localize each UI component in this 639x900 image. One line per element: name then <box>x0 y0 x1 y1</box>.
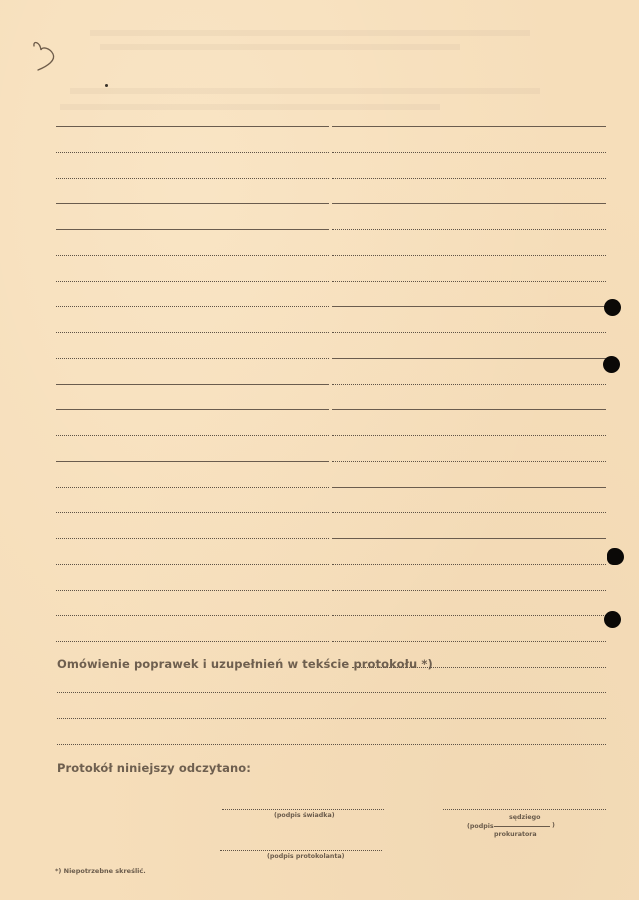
ruled-line-left <box>56 126 329 127</box>
ruled-line-right <box>332 564 606 565</box>
ruled-line-right <box>332 229 606 230</box>
recorder-signature-line[interactable] <box>220 850 382 851</box>
ruled-line-right <box>332 281 606 282</box>
corrections-label: Omówienie poprawek i uzupełnień w tekści… <box>57 657 433 671</box>
ruled-line-left <box>56 332 329 333</box>
corrections-input-line[interactable] <box>57 744 606 745</box>
judge-prosecutor-caption-suffix: ) <box>552 822 555 829</box>
witness-signature-caption: (podpis świadka) <box>274 812 335 819</box>
ruled-line-left <box>56 538 329 539</box>
ink-speck <box>105 84 108 87</box>
ruled-line-right <box>332 126 606 127</box>
punch-hole <box>603 356 620 373</box>
bleed-through-text <box>90 30 530 36</box>
corrections-input-line[interactable] <box>57 692 606 693</box>
ruled-line-right <box>332 641 606 642</box>
ruled-line-left <box>56 178 329 179</box>
judge-option: sędziego <box>509 814 540 821</box>
ruled-line-left <box>56 306 329 307</box>
ruled-line-left <box>56 203 329 204</box>
handwritten-page-number <box>30 40 58 74</box>
ruled-line-right <box>332 178 606 179</box>
ruled-line-left <box>56 512 329 513</box>
corrections-input-line[interactable] <box>352 667 606 668</box>
ruled-line-right <box>332 384 606 385</box>
punch-hole <box>607 548 624 565</box>
ruled-line-left <box>56 615 329 616</box>
ruled-line-left <box>56 152 329 153</box>
ruled-line-right <box>332 255 606 256</box>
prosecutor-option: prokuratora <box>494 831 537 838</box>
ruled-line-left <box>56 590 329 591</box>
punch-hole <box>604 299 621 316</box>
read-statement: Protokół niniejszy odczytano: <box>57 761 251 775</box>
document-page: Omówienie poprawek i uzupełnień w tekści… <box>0 0 639 900</box>
ruled-line-right <box>332 332 606 333</box>
witness-signature-line[interactable] <box>222 809 384 810</box>
option-separator <box>494 826 550 827</box>
ruled-line-right <box>332 306 606 307</box>
ruled-line-right <box>332 512 606 513</box>
ruled-line-left <box>56 564 329 565</box>
footnote: *) Niepotrzebne skreślić. <box>55 867 146 875</box>
ruled-line-left <box>56 384 329 385</box>
ruled-line-left <box>56 461 329 462</box>
ruled-line-left <box>56 435 329 436</box>
bleed-through-text <box>60 104 440 110</box>
bleed-through-text <box>70 88 540 94</box>
ruled-line-right <box>332 615 606 616</box>
bleed-through-text <box>100 44 460 50</box>
ruled-line-left <box>56 229 329 230</box>
corrections-input-line[interactable] <box>57 718 606 719</box>
ruled-line-right <box>332 435 606 436</box>
ruled-line-right <box>332 590 606 591</box>
ruled-line-right <box>332 203 606 204</box>
ruled-line-right <box>332 538 606 539</box>
ruled-line-right <box>332 358 606 359</box>
ruled-line-left <box>56 281 329 282</box>
ruled-line-left <box>56 255 329 256</box>
ruled-line-right <box>332 152 606 153</box>
judge-prosecutor-signature-line[interactable] <box>443 809 606 810</box>
ruled-line-right <box>332 461 606 462</box>
ruled-line-left <box>56 358 329 359</box>
ruled-line-left <box>56 487 329 488</box>
ruled-line-right <box>332 409 606 410</box>
punch-hole <box>604 611 621 628</box>
ruled-line-left <box>56 641 329 642</box>
ruled-line-left <box>56 409 329 410</box>
recorder-signature-caption: (podpis protokolanta) <box>267 853 344 860</box>
judge-prosecutor-caption-prefix: (podpis <box>467 823 494 830</box>
ruled-line-right <box>332 487 606 488</box>
